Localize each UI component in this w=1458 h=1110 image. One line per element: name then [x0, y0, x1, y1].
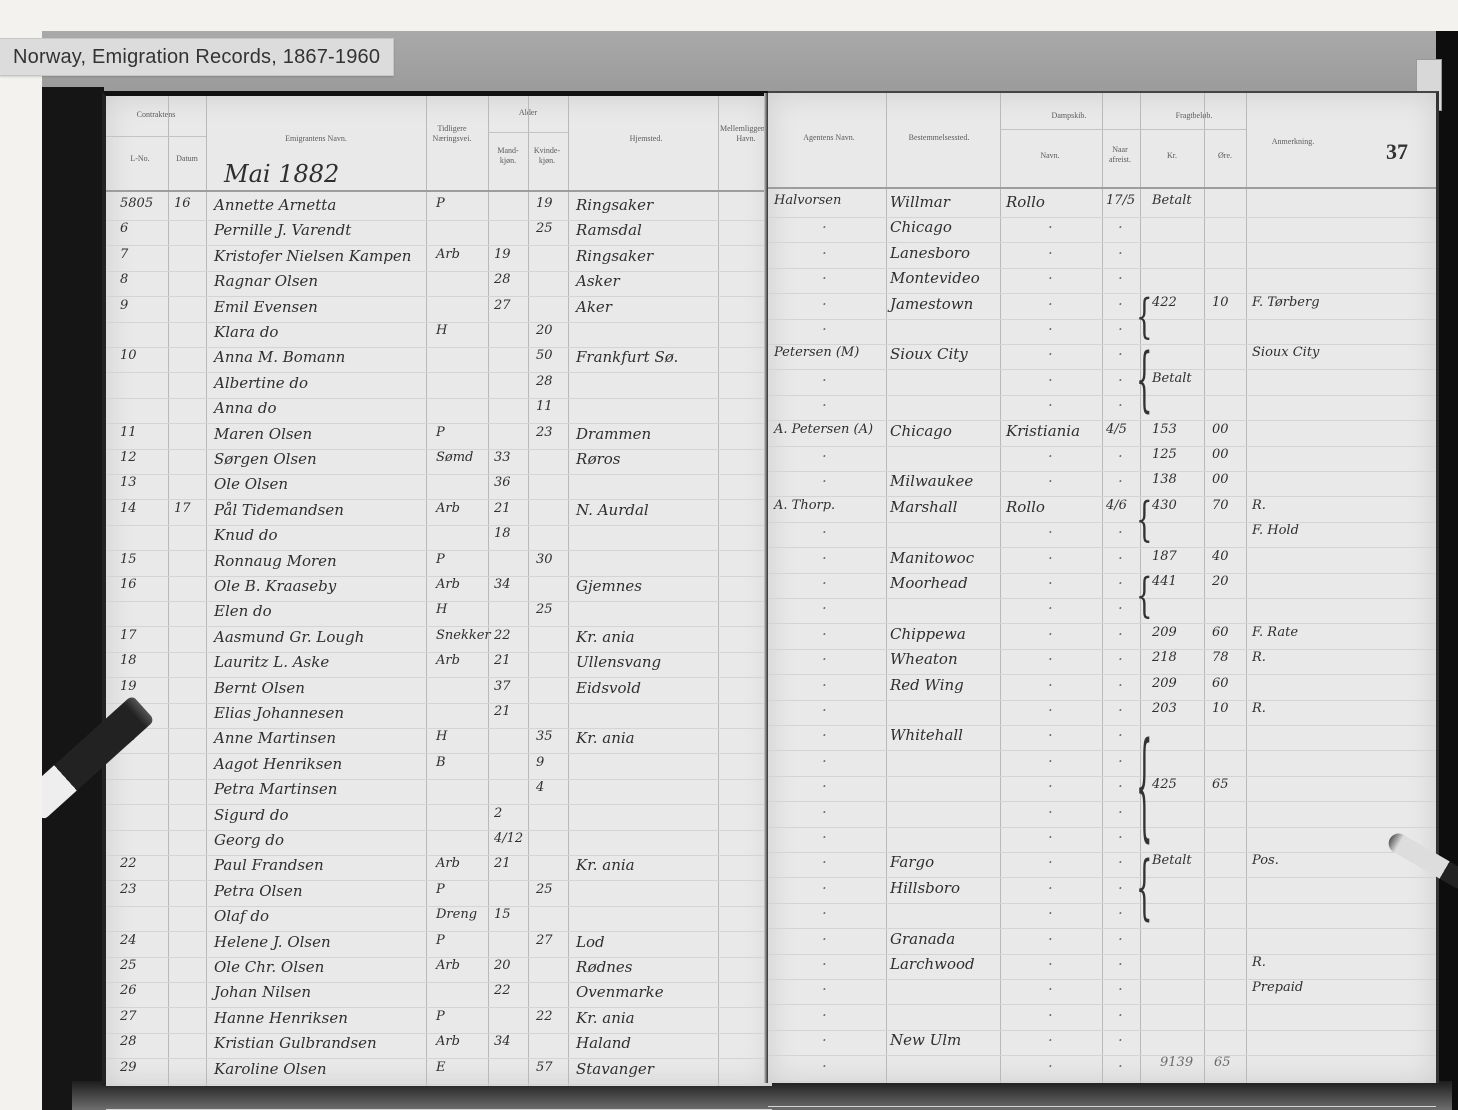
ditto-mark: · — [822, 295, 827, 313]
emigrant-name: Ronnaug Moren — [214, 552, 337, 570]
remarks: Prepaid — [1252, 980, 1303, 995]
destination: Larchwood — [890, 955, 975, 973]
ditto-mark: · — [1048, 320, 1053, 338]
ditto-mark: · — [1048, 218, 1053, 236]
age-female: 25 — [536, 602, 553, 617]
destination: Sioux City — [890, 345, 968, 363]
home-place: Ringsaker — [576, 247, 653, 265]
ditto-mark: · — [1118, 980, 1123, 998]
row-rule — [768, 496, 1436, 497]
ditto-mark: · — [1118, 955, 1123, 973]
home-place: Kr. ania — [576, 1009, 635, 1027]
destination: Marshall — [890, 498, 957, 516]
row-rule — [768, 1081, 1436, 1082]
row-rule — [106, 296, 772, 297]
fare-ore: 00 — [1212, 447, 1229, 462]
page-total-ore: 65 — [1214, 1055, 1231, 1070]
destination: Jamestown — [890, 295, 973, 313]
ledger-right-page: Agentens Navn. Bestemmelsessted. Dampski… — [768, 91, 1439, 1083]
header-emigrant-name: Emigrantens Navn. — [216, 134, 416, 144]
age-male: 34 — [494, 577, 511, 592]
previous-occupation: P — [436, 933, 445, 948]
steamer-name: Rollo — [1006, 193, 1045, 211]
row-rule — [768, 598, 1436, 599]
remarks: R. — [1252, 955, 1266, 970]
row-rule — [106, 372, 772, 373]
age-male: 21 — [494, 704, 511, 719]
previous-occupation: Snekker — [436, 628, 491, 643]
ditto-mark: · — [822, 904, 827, 922]
previous-occupation: Arb — [436, 501, 460, 516]
contract-number: 22 — [120, 856, 137, 871]
ditto-mark: · — [1048, 1006, 1053, 1024]
row-rule — [106, 271, 772, 272]
previous-occupation: P — [436, 196, 445, 211]
ditto-mark: · — [822, 980, 827, 998]
destination: Whitehall — [890, 726, 963, 744]
contract-date: 17 — [174, 501, 191, 516]
age-male: 18 — [494, 526, 511, 541]
ditto-mark: · — [1048, 930, 1053, 948]
row-rule — [768, 700, 1436, 701]
age-female: 35 — [536, 729, 553, 744]
header-subrule — [1000, 129, 1246, 130]
emigrant-name: Ole B. Kraaseby — [214, 577, 336, 595]
destination: Milwaukee — [890, 472, 973, 490]
row-rule — [106, 703, 772, 704]
fare-kr: 422 — [1152, 295, 1177, 310]
book-cover-right — [1436, 31, 1458, 1110]
row-rule — [768, 395, 1436, 396]
contract-number: 16 — [120, 577, 137, 592]
fare-group-brace: { — [1136, 722, 1153, 857]
row-rule — [768, 979, 1436, 980]
row-rule — [768, 801, 1436, 802]
header-destination: Bestemmelsessted. — [884, 133, 994, 143]
fare-ore: 00 — [1212, 472, 1229, 487]
fare-group-brace: { — [1136, 291, 1153, 345]
row-rule — [768, 344, 1436, 345]
ditto-mark: · — [1048, 980, 1053, 998]
age-male: 28 — [494, 272, 511, 287]
previous-occupation: Arb — [436, 653, 460, 668]
fare-ore: 10 — [1212, 701, 1229, 716]
ditto-mark: · — [1048, 904, 1053, 922]
previous-occupation: P — [436, 1009, 445, 1024]
ditto-mark: · — [1048, 371, 1053, 389]
ditto-mark: · — [1048, 1057, 1053, 1075]
destination: Granada — [890, 930, 955, 948]
destination: Manitowoc — [890, 549, 974, 567]
ditto-mark: · — [822, 447, 827, 465]
home-place: Lod — [576, 933, 605, 951]
agent-name: A. Thorp. — [774, 498, 835, 513]
ditto-mark: · — [1048, 777, 1053, 795]
age-female: 20 — [536, 323, 553, 338]
contract-number: 27 — [120, 1009, 137, 1024]
contract-number: 7 — [120, 247, 128, 262]
row-rule — [768, 242, 1436, 243]
ditto-mark: · — [822, 726, 827, 744]
header-departure: Naar afreist. — [1102, 145, 1138, 165]
age-male: 19 — [494, 247, 511, 262]
header-home: Hjemsted. — [576, 134, 716, 144]
contract-number: 12 — [120, 450, 137, 465]
ditto-mark: · — [1118, 930, 1123, 948]
ditto-mark: · — [822, 320, 827, 338]
row-rule — [768, 776, 1436, 777]
contract-number: 8 — [120, 272, 128, 287]
home-place: Kr. ania — [576, 628, 635, 646]
emigrant-name: Helene J. Olsen — [214, 933, 331, 951]
remarks: R. — [1252, 650, 1266, 665]
fare-ore: 78 — [1212, 650, 1229, 665]
row-rule — [106, 982, 772, 983]
header-steamer-group: Dampskib. — [1000, 111, 1138, 121]
row-rule — [106, 398, 772, 399]
ditto-mark: · — [822, 218, 827, 236]
age-female: 11 — [536, 399, 553, 414]
home-place: Eidsvold — [576, 679, 641, 697]
ditto-mark: · — [822, 1031, 827, 1049]
header-agent-name: Agentens Navn. — [774, 133, 884, 143]
row-rule — [768, 928, 1436, 929]
age-female: 25 — [536, 882, 553, 897]
age-female: 23 — [536, 425, 553, 440]
age-male: 34 — [494, 1034, 511, 1049]
previous-occupation: P — [436, 552, 445, 567]
row-rule — [106, 220, 772, 221]
fare-ore: 65 — [1212, 777, 1229, 792]
ditto-mark: · — [1118, 523, 1123, 541]
previous-occupation: Arb — [436, 856, 460, 871]
destination: Chippewa — [890, 625, 966, 643]
ditto-mark: · — [822, 955, 827, 973]
ditto-mark: · — [822, 523, 827, 541]
contract-number: 14 — [120, 501, 137, 516]
emigrant-name: Albertine do — [214, 374, 308, 392]
ditto-mark: · — [1048, 752, 1053, 770]
ditto-mark: · — [1118, 371, 1123, 389]
emigrant-name: Pål Tidemandsen — [214, 501, 344, 519]
emigrant-name: Sørgen Olsen — [214, 450, 317, 468]
ditto-mark: · — [1118, 853, 1123, 871]
emigrant-name: Kristofer Nielsen Kampen — [214, 247, 411, 265]
fare-kr: 209 — [1152, 625, 1177, 640]
ditto-mark: · — [1118, 701, 1123, 719]
home-place: Kr. ania — [576, 729, 635, 747]
destination: Moorhead — [890, 574, 968, 592]
ditto-mark: · — [1048, 1031, 1053, 1049]
fare-group-brace: { — [1136, 849, 1153, 930]
home-place: N. Aurdal — [576, 501, 649, 519]
previous-occupation: E — [436, 1060, 446, 1075]
row-rule — [768, 877, 1436, 878]
ditto-mark: · — [1118, 345, 1123, 363]
ditto-mark: · — [822, 549, 827, 567]
row-rule — [768, 293, 1436, 294]
fare-kr: 125 — [1152, 447, 1177, 462]
row-rule — [768, 573, 1436, 574]
ditto-mark: · — [1118, 269, 1123, 287]
previous-occupation: P — [436, 882, 445, 897]
home-place: Frankfurt Sø. — [576, 348, 678, 366]
home-place: Kr. ania — [576, 856, 635, 874]
age-male: 27 — [494, 298, 511, 313]
fare-kr: 187 — [1152, 549, 1177, 564]
ditto-mark: · — [1118, 396, 1123, 414]
fare-ore: 40 — [1212, 549, 1229, 564]
header-fare-ore: Øre. — [1204, 151, 1246, 161]
row-rule — [768, 1030, 1436, 1031]
fare-group-brace: { — [1136, 341, 1153, 422]
destination: Wheaton — [890, 650, 958, 668]
ditto-mark: · — [822, 1057, 827, 1075]
fare-kr: 430 — [1152, 498, 1177, 513]
ditto-mark: · — [1118, 828, 1123, 846]
remarks: Pos. — [1252, 853, 1279, 868]
contract-number: 19 — [120, 679, 137, 694]
home-place: Røros — [576, 450, 621, 468]
home-place: Ramsdal — [576, 221, 642, 239]
previous-occupation: B — [436, 755, 446, 770]
contract-number: 11 — [120, 425, 137, 440]
age-male: 37 — [494, 679, 511, 694]
age-female: 9 — [536, 755, 544, 770]
destination: Lanesboro — [890, 244, 970, 262]
ditto-mark: · — [822, 625, 827, 643]
previous-occupation: Dreng — [436, 907, 477, 922]
ditto-mark: · — [1048, 269, 1053, 287]
ditto-mark: · — [1048, 879, 1053, 897]
emigrant-name: Ole Olsen — [214, 475, 288, 493]
row-rule — [768, 954, 1436, 955]
emigrant-name: Anna M. Bomann — [214, 348, 345, 366]
fare-kr: Betalt — [1152, 371, 1192, 386]
contract-number: 9 — [120, 298, 128, 313]
ditto-mark: · — [822, 599, 827, 617]
contract-number: 28 — [120, 1034, 137, 1049]
row-rule — [768, 852, 1436, 853]
age-female: 30 — [536, 552, 553, 567]
row-rule — [768, 649, 1436, 650]
age-female: 4 — [536, 780, 544, 795]
destination: Fargo — [890, 853, 934, 871]
contract-number: 17 — [120, 628, 137, 643]
emigrant-name: Georg do — [214, 831, 284, 849]
ditto-mark: · — [1118, 625, 1123, 643]
emigrant-name: Ole Chr. Olsen — [214, 958, 324, 976]
header-contract-no: L-No. — [112, 154, 168, 164]
remarks: F. Tørberg — [1252, 295, 1320, 310]
destination: Chicago — [890, 218, 952, 236]
row-rule — [768, 1106, 1436, 1107]
age-male: 20 — [494, 958, 511, 973]
row-rule — [768, 547, 1436, 548]
ditto-mark: · — [822, 879, 827, 897]
contract-number: 10 — [120, 348, 137, 363]
home-place: Asker — [576, 272, 620, 290]
previous-occupation: P — [436, 425, 445, 440]
fare-kr: 425 — [1152, 777, 1177, 792]
emigrant-name: Lauritz L. Aske — [214, 653, 329, 671]
home-place: Stavanger — [576, 1060, 654, 1078]
emigrant-name: Bernt Olsen — [214, 679, 305, 697]
ditto-mark: · — [822, 650, 827, 668]
ditto-mark: · — [1048, 676, 1053, 694]
ditto-mark: · — [1118, 574, 1123, 592]
age-male: 21 — [494, 501, 511, 516]
emigrant-name: Annette Arnetta — [214, 196, 336, 214]
steamer-name: Kristiania — [1006, 422, 1080, 440]
header-contract-date: Datum — [170, 154, 204, 164]
ledger-left-page: Contraktens L-No. Datum Emigrantens Navn… — [102, 91, 772, 1086]
row-rule — [768, 725, 1436, 726]
ditto-mark: · — [1118, 726, 1123, 744]
departure-date: 17/5 — [1106, 193, 1135, 208]
remarks: F. Hold — [1252, 523, 1299, 538]
ditto-mark: · — [822, 803, 827, 821]
row-rule — [768, 217, 1436, 218]
row-rule — [768, 827, 1436, 828]
ditto-mark: · — [822, 752, 827, 770]
ditto-mark: · — [822, 1006, 827, 1024]
header-steamer-name: Navn. — [1000, 151, 1100, 161]
row-rule — [768, 903, 1436, 904]
row-rule — [106, 779, 772, 780]
row-rule — [106, 525, 772, 526]
emigrant-name: Elen do — [214, 602, 272, 620]
fare-ore: 70 — [1212, 498, 1229, 513]
age-male: 33 — [494, 450, 511, 465]
emigrant-name: Aasmund Gr. Lough — [214, 628, 364, 646]
ditto-mark: · — [1118, 218, 1123, 236]
emigrant-name: Pernille J. Varendt — [214, 221, 351, 239]
emigrant-name: Kristian Gulbrandsen — [214, 1034, 377, 1052]
fare-kr: 441 — [1152, 574, 1177, 589]
ditto-mark: · — [1048, 244, 1053, 262]
header-contract-group: Contraktens — [116, 110, 196, 120]
ditto-mark: · — [1118, 244, 1123, 262]
fare-kr: Betalt — [1152, 193, 1192, 208]
ditto-mark: · — [1118, 599, 1123, 617]
contract-number: 25 — [120, 958, 137, 973]
ditto-mark: · — [822, 777, 827, 795]
contract-number: 24 — [120, 933, 137, 948]
ditto-mark: · — [1118, 752, 1123, 770]
ditto-mark: · — [1048, 726, 1053, 744]
remarks: F. Rate — [1252, 625, 1298, 640]
departure-date: 4/5 — [1106, 422, 1127, 437]
row-rule — [768, 674, 1436, 675]
remarks: R. — [1252, 498, 1266, 513]
ditto-mark: · — [822, 574, 827, 592]
header-fare-kr: Kr. — [1142, 151, 1202, 161]
emigrant-name: Olaf do — [214, 907, 269, 925]
ditto-mark: · — [1118, 447, 1123, 465]
age-male: 21 — [494, 653, 511, 668]
ditto-mark: · — [1048, 701, 1053, 719]
departure-date: 4/6 — [1106, 498, 1127, 513]
ditto-mark: · — [1048, 549, 1053, 567]
age-male: 21 — [494, 856, 511, 871]
emigrant-name: Ragnar Olsen — [214, 272, 318, 290]
ditto-mark: · — [1118, 320, 1123, 338]
previous-occupation: H — [436, 729, 447, 744]
age-male: 36 — [494, 475, 511, 490]
emigrant-name: Knud do — [214, 526, 278, 544]
collection-title: Norway, Emigration Records, 1867-1960 — [0, 38, 394, 76]
destination: Chicago — [890, 422, 952, 440]
fare-group-brace: { — [1136, 494, 1153, 548]
row-rule — [106, 1084, 772, 1085]
row-rule — [768, 268, 1436, 269]
header-rule — [106, 190, 772, 192]
agent-name: Halvorsen — [774, 193, 841, 208]
contract-number: 15 — [120, 552, 137, 567]
destination: Montevideo — [890, 269, 980, 287]
record-image-viewer[interactable]: Contraktens L-No. Datum Emigrantens Navn… — [42, 31, 1458, 1110]
row-rule — [768, 446, 1436, 447]
contract-number: 18 — [120, 653, 137, 668]
ditto-mark: · — [1118, 295, 1123, 313]
row-rule — [106, 677, 772, 678]
header-rule — [768, 187, 1436, 189]
ditto-mark: · — [822, 269, 827, 287]
age-male: 15 — [494, 907, 511, 922]
age-female: 50 — [536, 348, 553, 363]
book-cover-left — [42, 87, 104, 1110]
previous-occupation: Arb — [436, 1034, 460, 1049]
ditto-mark: · — [1118, 803, 1123, 821]
ditto-mark: · — [1048, 396, 1053, 414]
agent-name: A. Petersen (A) — [774, 422, 873, 437]
destination: New Ulm — [890, 1031, 961, 1049]
home-place: Ullensvang — [576, 653, 661, 671]
ditto-mark: · — [1118, 472, 1123, 490]
fare-kr: 209 — [1152, 676, 1177, 691]
fare-ore: 60 — [1212, 625, 1229, 640]
ditto-mark: · — [1118, 1006, 1123, 1024]
contract-number: 5805 — [120, 196, 153, 211]
previous-occupation: Arb — [436, 958, 460, 973]
steamer-name: Rollo — [1006, 498, 1045, 516]
age-female: 28 — [536, 374, 553, 389]
contract-date: 16 — [174, 196, 191, 211]
row-rule — [768, 1004, 1436, 1005]
ditto-mark: · — [822, 371, 827, 389]
previous-occupation: H — [436, 323, 447, 338]
ditto-mark: · — [1118, 650, 1123, 668]
remarks: R. — [1252, 701, 1266, 716]
fare-kr: 138 — [1152, 472, 1177, 487]
destination: Hillsboro — [890, 879, 960, 897]
month-heading: Mai 1882 — [224, 160, 339, 188]
fare-kr: Betalt — [1152, 853, 1192, 868]
emigrant-name: Karoline Olsen — [214, 1060, 327, 1078]
ditto-mark: · — [822, 472, 827, 490]
previous-occupation: Arb — [436, 577, 460, 592]
ditto-mark: · — [1118, 1031, 1123, 1049]
ditto-mark: · — [1048, 803, 1053, 821]
row-rule — [106, 830, 772, 831]
ditto-mark: · — [822, 244, 827, 262]
fare-ore: 60 — [1212, 676, 1229, 691]
age-female: 25 — [536, 221, 553, 236]
header-fare-group: Fragtbeløb. — [1142, 111, 1246, 121]
emigrant-name: Hanne Henriksen — [214, 1009, 348, 1027]
ditto-mark: · — [1048, 625, 1053, 643]
